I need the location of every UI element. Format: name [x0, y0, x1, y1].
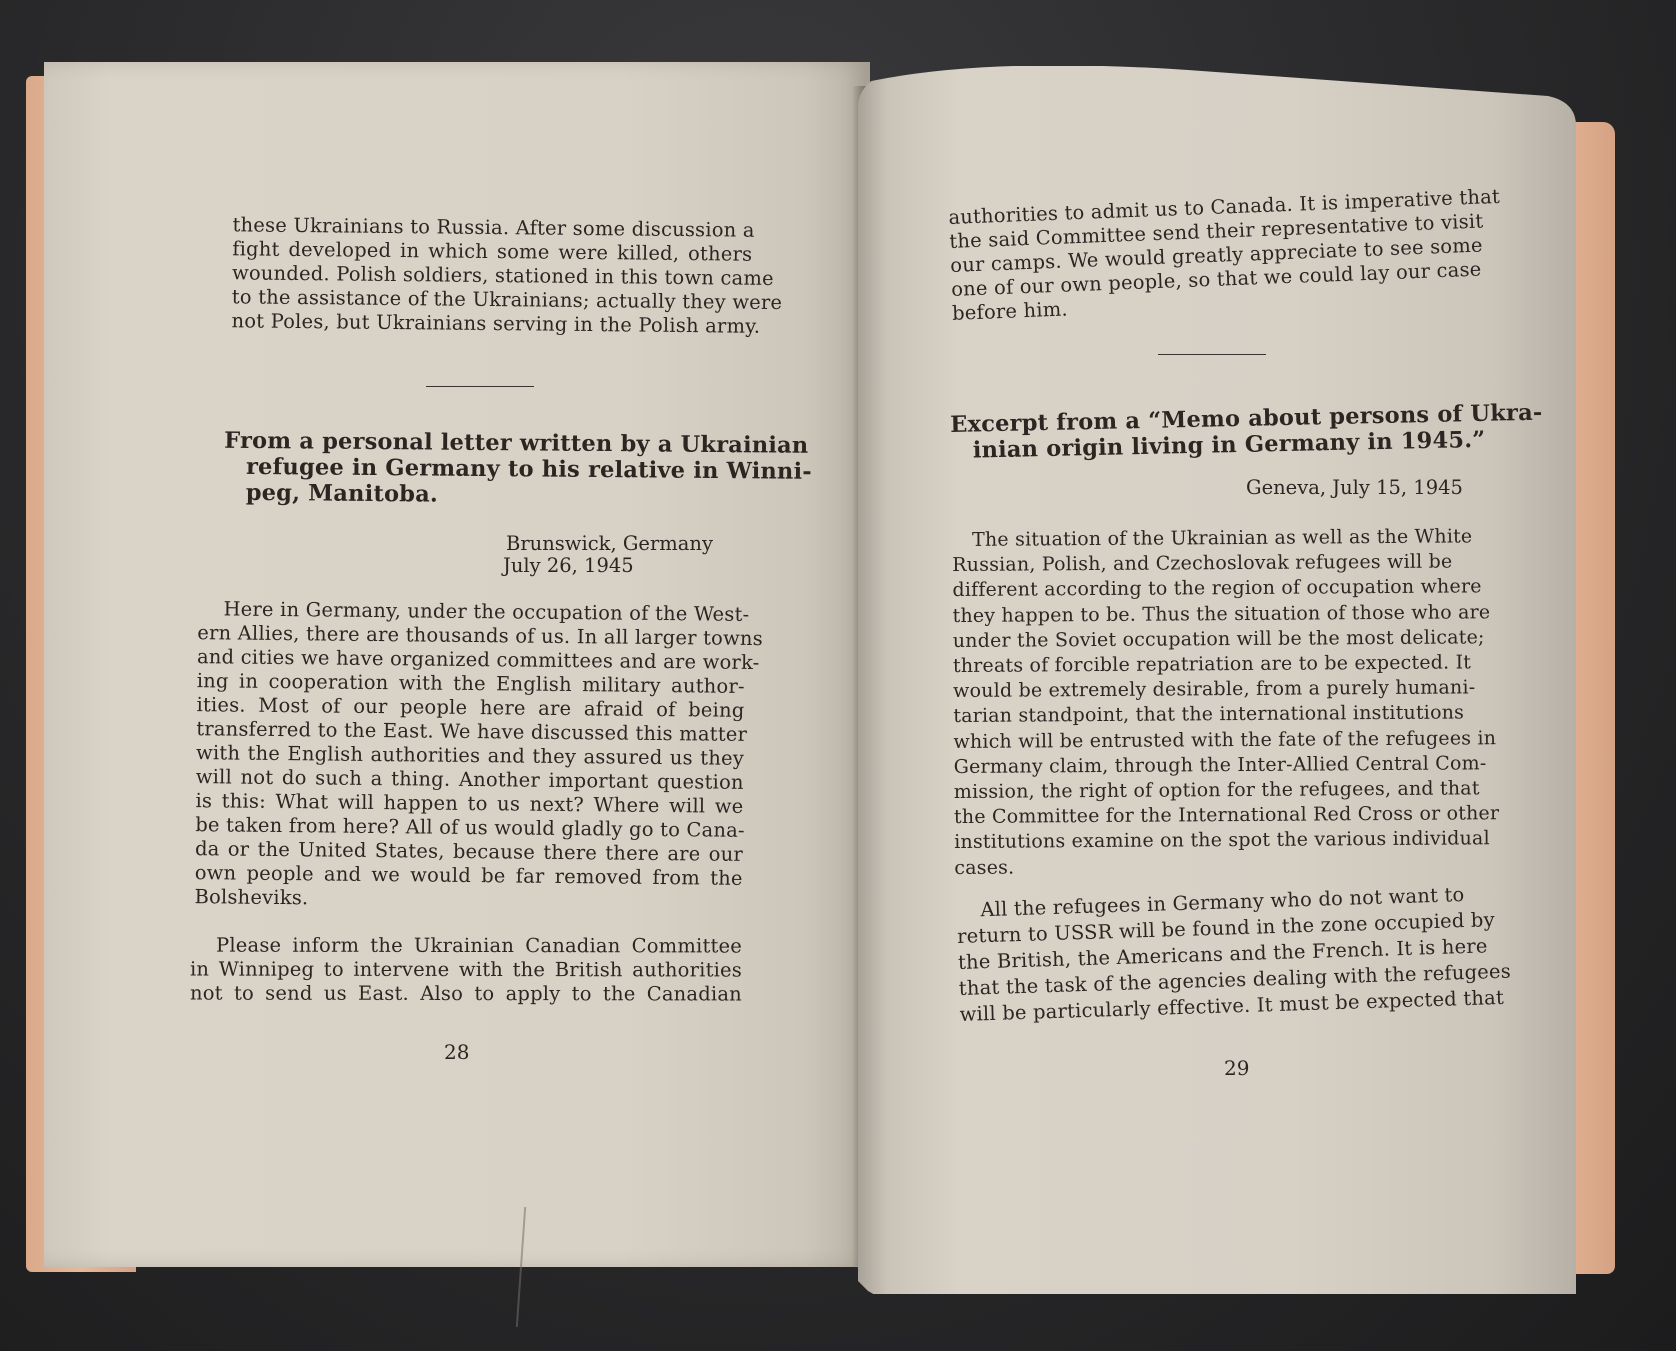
page-number-right: 29	[1224, 1056, 1249, 1080]
text-line: cases.	[954, 852, 1454, 881]
left-page: these Ukrainians to Russia. After some d…	[44, 62, 870, 1267]
text-line: not Poles, but Ukrainians serving in the…	[231, 309, 751, 338]
letter-date: July 26, 1945	[503, 554, 634, 577]
text-line: different according to the region of occ…	[952, 575, 1452, 604]
right-section-heading: Excerpt from a “Memo about persons of Uk…	[950, 402, 1451, 464]
text-line: Please inform the Ukrainian Canadian Com…	[190, 934, 742, 959]
text-line: not to send us East. Also to apply to th…	[190, 982, 742, 1007]
page-number-left: 28	[444, 1040, 469, 1064]
text-line: institutions examine on the spot the var…	[954, 827, 1454, 856]
text-line: Germany claim, through the Inter-Allied …	[954, 751, 1454, 780]
section-divider	[1158, 354, 1266, 355]
right-paragraph-2: All the refugees in Germany who do not w…	[956, 882, 1460, 1028]
left-paragraph-2: Please inform the Ukrainian Canadian Com…	[190, 934, 742, 1007]
left-paragraph-1: Here in Germany, under the occupation of…	[194, 597, 745, 915]
text-line: tarian standpoint, that the internationa…	[953, 701, 1453, 730]
right-continued-text: authorities to admit us to Canada. It is…	[948, 187, 1442, 326]
text-line: mission, the right of option for the ref…	[954, 777, 1454, 806]
memo-place-date: Geneva, July 15, 1945	[1246, 476, 1463, 499]
section-divider	[426, 386, 534, 387]
text-line: in Winnipeg to intervene with the Britis…	[190, 958, 742, 983]
text-line: threats of forcible repatriation are to …	[953, 651, 1453, 680]
left-section-heading: From a personal letter written by a Ukra…	[224, 428, 755, 511]
text-line: the Committee for the International Red …	[954, 802, 1454, 831]
left-continued-text: these Ukrainians to Russia. After some d…	[231, 213, 752, 338]
text-line: which will be entrusted with the fate of…	[953, 726, 1453, 755]
text-line: would be extremely desirable, from a pur…	[953, 676, 1453, 705]
heading-line: peg, Manitoba.	[224, 480, 754, 511]
letter-place: Brunswick, Germany	[506, 532, 713, 555]
page-tear	[516, 1207, 532, 1327]
text-line: The situation of the Ukrainian as well a…	[952, 525, 1452, 554]
right-page: authorities to admit us to Canada. It is…	[858, 66, 1580, 1294]
text-line: they happen to be. Thus the situation of…	[953, 600, 1453, 629]
right-paragraph-1: The situation of the Ukrainian as well a…	[952, 525, 1454, 881]
text-line: under the Soviet occupation will be the …	[953, 625, 1453, 654]
text-line: Russian, Polish, and Czechoslovak refuge…	[952, 550, 1452, 579]
